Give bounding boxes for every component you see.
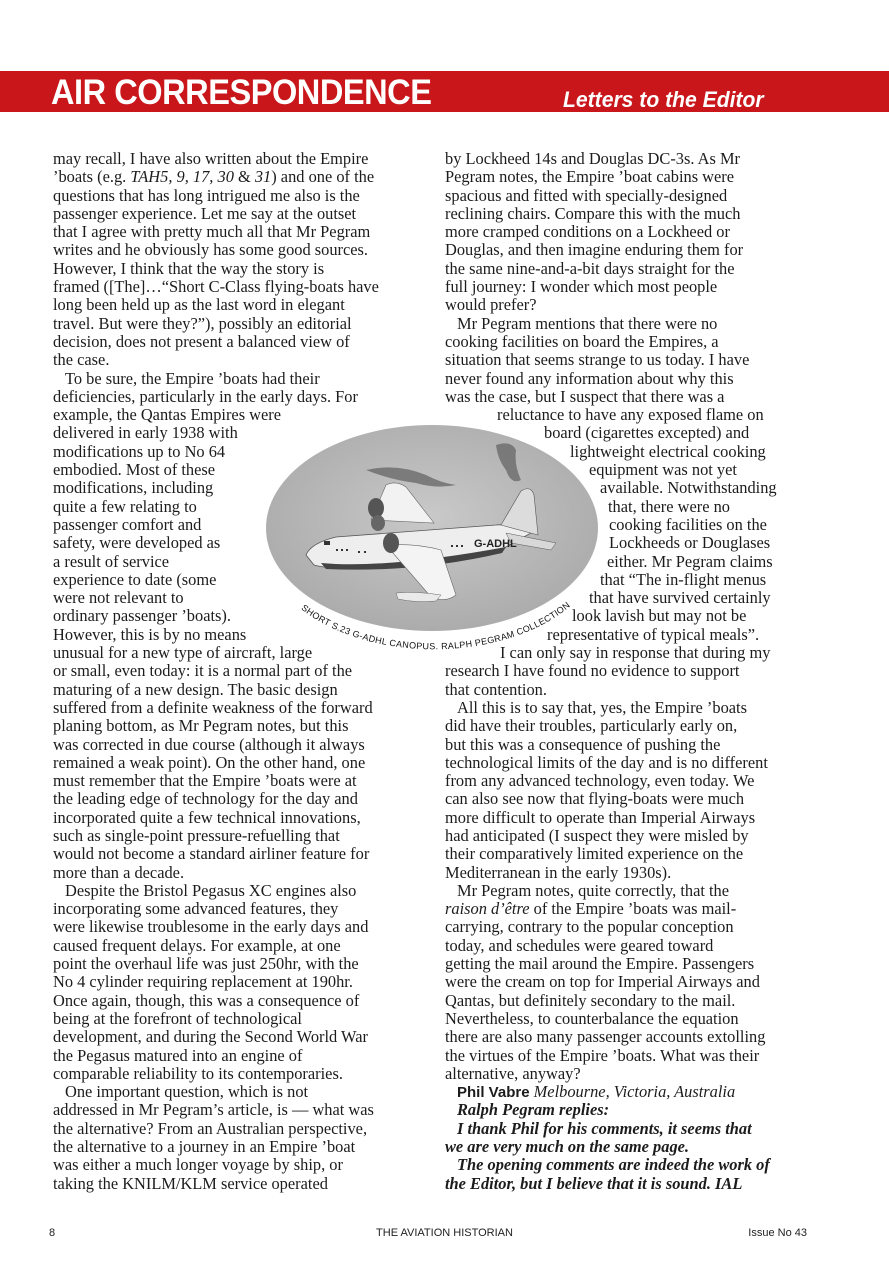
text-line: reluctance to have any exposed flame on (445, 406, 810, 424)
text-line: long been held up as the last word in el… (53, 296, 413, 314)
text-line: research I have found no evidence to sup… (445, 662, 810, 680)
text-line: carrying, contrary to the popular concep… (445, 918, 810, 936)
text-line: the alternative to a journey in an Empir… (53, 1138, 413, 1156)
text-line: from any advanced technology, even today… (445, 772, 810, 790)
text-line: remained a weak point). On the other han… (53, 754, 413, 772)
text-line: but this was a consequence of pushing th… (445, 736, 810, 754)
text-line: more difficult to operate than Imperial … (445, 809, 810, 827)
text-line: were likewise troublesome in the early d… (53, 918, 413, 936)
reply-heading: Ralph Pegram replies: (445, 1101, 810, 1119)
text-line: No 4 cylinder requiring replacement at 1… (53, 973, 413, 991)
text-line: ’boats (e.g. TAH5, 9, 17, 30 & 31) and o… (53, 168, 413, 186)
text-line: the leading edge of technology for the d… (53, 790, 413, 808)
text-line: raison d’être of the Empire ’boats was m… (445, 900, 810, 918)
text-line: or small, even today: it is a normal par… (53, 662, 413, 680)
text-line: suffered from a definite weakness of the… (53, 699, 413, 717)
reply-line: I thank Phil for his comments, it seems … (445, 1120, 810, 1138)
foreign-phrase: raison d’être (445, 899, 530, 918)
left-column: may recall, I have also written about th… (53, 150, 413, 1193)
issue-reference: TAH5, 9, 17, 30 (130, 167, 234, 186)
text-line: Mr Pegram notes, quite correctly, that t… (445, 882, 810, 900)
section-title: AIR CORRESPONDENCE (51, 71, 431, 112)
text-line: One important question, which is not (53, 1083, 413, 1101)
text-line: Mediterranean in the early 1930s). (445, 864, 810, 882)
text-line: must remember that the Empire ’boats wer… (53, 772, 413, 790)
text-line: the Pegasus matured into an engine of (53, 1047, 413, 1065)
text-line: passenger experience. Let me say at the … (53, 205, 413, 223)
text-line: alternative, anyway? (445, 1065, 810, 1083)
text-line: never found any information about why th… (445, 370, 810, 388)
text-line: can also see now that flying-boats were … (445, 790, 810, 808)
reply-line: we are very much on the same page. (445, 1138, 810, 1156)
section-subtitle: Letters to the Editor (563, 71, 764, 112)
text-line: was the case, but I suspect that there w… (445, 388, 810, 406)
text-line: Pegram notes, the Empire ’boat cabins we… (445, 168, 810, 186)
reply-line: The opening comments are indeed the work… (445, 1156, 810, 1174)
text-line: Mr Pegram mentions that there were no (445, 315, 810, 333)
text-line: Nevertheless, to counterbalance the equa… (445, 1010, 810, 1028)
text-line: reclining chairs. Compare this with the … (445, 205, 810, 223)
text-line: their comparatively limited experience o… (445, 845, 810, 863)
text-line: maturing of a new design. The basic desi… (53, 681, 413, 699)
text-line: To be sure, the Empire ’boats had their (53, 370, 413, 388)
reply-line: the Editor, but I believe that it is sou… (445, 1175, 810, 1193)
text-line: writes and he obviously has some good so… (53, 241, 413, 259)
text-line: that contention. (445, 681, 810, 699)
text-line: planing bottom, as Mr Pegram notes, but … (53, 717, 413, 735)
text-line: technological limits of the day and is n… (445, 754, 810, 772)
svg-text:SHORT S.23 G-ADHL CANOPUS. RAL: SHORT S.23 G-ADHL CANOPUS. RALPH PEGRAM … (300, 600, 572, 652)
text-line: was either a much longer voyage by ship,… (53, 1156, 413, 1174)
photo-caption-text: SHORT S.23 G-ADHL CANOPUS. RALPH PEGRAM … (300, 600, 572, 652)
text-line: getting the mail around the Empire. Pass… (445, 955, 810, 973)
text-line: that I agree with pretty much all that M… (53, 223, 413, 241)
text-line: addressed in Mr Pegram’s article, is — w… (53, 1101, 413, 1119)
text-line: Douglas, and then imagine enduring them … (445, 241, 810, 259)
text-line: Despite the Bristol Pegasus XC engines a… (53, 882, 413, 900)
text-line: did have their troubles, particularly ea… (445, 717, 810, 735)
text-line: Qantas, but definitely secondary to the … (445, 992, 810, 1010)
text-line: taking the KNILM/KLM service operated (53, 1175, 413, 1193)
text-line: there are also many passenger accounts e… (445, 1028, 810, 1046)
text-line: comparable reliability to its contempora… (53, 1065, 413, 1083)
text-line: being at the forefront of technological (53, 1010, 413, 1028)
text-line: deficiencies, particularly in the early … (53, 388, 413, 406)
text-line: point the overhaul life was just 250hr, … (53, 955, 413, 973)
author-location: Melbourne, Victoria, Australia (534, 1082, 736, 1101)
text-line: framed ([The]…“Short C-Class flying-boat… (53, 278, 413, 296)
photo-caption: SHORT S.23 G-ADHL CANOPUS. RALPH PEGRAM … (266, 425, 606, 655)
text-line: incorporated quite a few technical innov… (53, 809, 413, 827)
text-line: All this is to say that, yes, the Empire… (445, 699, 810, 717)
text-line: decision, does not present a balanced vi… (53, 333, 413, 351)
text-line: spacious and fitted with specially-desig… (445, 187, 810, 205)
text-line: today, and schedules were geared toward (445, 937, 810, 955)
text-line: Once again, though, this was a consequen… (53, 992, 413, 1010)
text-line: development, and during the Second World… (53, 1028, 413, 1046)
text-line: However, I think that the way the story … (53, 260, 413, 278)
text-line: full journey: I wonder which most people (445, 278, 810, 296)
text-line: more than a decade. (53, 864, 413, 882)
text-line: were the cream on top for Imperial Airwa… (445, 973, 810, 991)
text-line: travel. But were they?”), possibly an ed… (53, 315, 413, 333)
text-line: more cramped conditions on a Lockheed or (445, 223, 810, 241)
text-line: would prefer? (445, 296, 810, 314)
text-line: the virtues of the Empire ’boats. What w… (445, 1047, 810, 1065)
right-column: by Lockheed 14s and Douglas DC-3s. As Mr… (445, 150, 810, 1193)
text-line: the case. (53, 351, 413, 369)
text-line: was corrected in due course (although it… (53, 736, 413, 754)
issue-number: Issue No 43 (748, 1227, 807, 1239)
text-line: situation that seems strange to us today… (445, 351, 810, 369)
text-line: such as single-point pressure-refuelling… (53, 827, 413, 845)
letter-signature: Phil Vabre Melbourne, Victoria, Australi… (445, 1083, 810, 1101)
author-name: Phil Vabre (457, 1084, 530, 1101)
text-line: would not become a standard airliner fea… (53, 845, 413, 863)
text-line: questions that has long intrigued me als… (53, 187, 413, 205)
text-line: the same nine-and-a-bit days straight fo… (445, 260, 810, 278)
text-line: cooking facilities on board the Empires,… (445, 333, 810, 351)
text-line: may recall, I have also written about th… (53, 150, 413, 168)
text-line: incorporating some advanced features, th… (53, 900, 413, 918)
text-line: caused frequent delays. For example, at … (53, 937, 413, 955)
text-line: example, the Qantas Empires were (53, 406, 413, 424)
text-line: the alternative? From an Australian pers… (53, 1120, 413, 1138)
text-line: by Lockheed 14s and Douglas DC-3s. As Mr (445, 150, 810, 168)
text-line: had anticipated (I suspect they were mis… (445, 827, 810, 845)
